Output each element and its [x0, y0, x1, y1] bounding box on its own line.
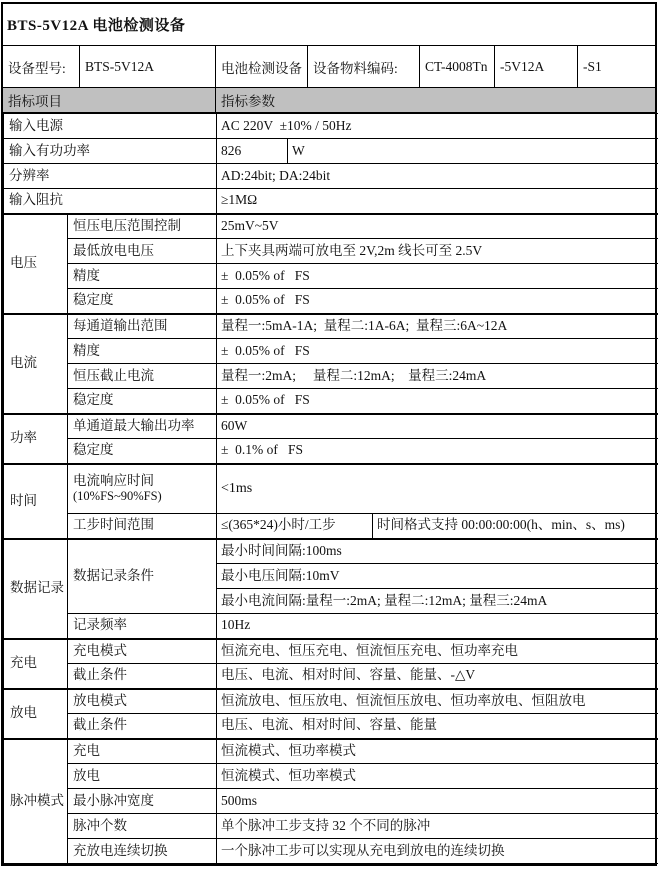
device-model-label: 设备型号:	[3, 46, 80, 87]
row-voltage-3: 精度 ± 0.05% of FS	[4, 264, 658, 289]
row-value: 一个脉冲工步可以实现从充电到放电的连续切换	[217, 839, 658, 864]
row-value: 上下夹具两端可放电至 2V,2m 线长可至 2.5V	[217, 239, 658, 264]
row-label: 记录频率	[68, 614, 217, 639]
record-condition-3: 最小电流间隔:量程一:2mA; 量程二:12mA; 量程三:24mA	[217, 589, 658, 614]
record-condition-2: 最小电压间隔:10mV	[217, 564, 658, 589]
row-label: 充放电连续切换	[68, 839, 217, 864]
row-label: 输入有功功率	[4, 139, 217, 164]
row-value: 恒流充电、恒压充电、恒流恒压充电、恒功率充电	[217, 639, 658, 664]
document-title: BTS-5V12A 电池检测设备	[3, 4, 655, 46]
row-value: ± 0.05% of FS	[217, 389, 658, 414]
row-input-power: 输入电源 AC 220V ±10% / 50Hz	[4, 114, 658, 139]
row-current-2: 精度 ± 0.05% of FS	[4, 339, 658, 364]
row-value: 10Hz	[217, 614, 658, 639]
response-time-label: 电流响应时间(10%FS~90%FS)	[68, 464, 217, 514]
row-value: ± 0.1% of FS	[217, 439, 658, 464]
row-value: 电压、电流、相对时间、容量、能量、-△V	[217, 664, 658, 689]
row-impedance: 输入阻抗 ≥1MΩ	[4, 189, 658, 214]
row-value: 量程一:5mA-1A; 量程二:1A-6A; 量程三:6A~12A	[217, 314, 658, 339]
response-time-value: <1ms	[217, 464, 658, 514]
material-code-part-3: -S1	[578, 46, 655, 87]
row-label: 输入电源	[4, 114, 217, 139]
group-current: 电流	[4, 314, 68, 414]
row-current-4: 稳定度 ± 0.05% of FS	[4, 389, 658, 414]
row-time-response: 时间 电流响应时间(10%FS~90%FS) <1ms	[4, 464, 658, 514]
row-label: 单通道最大输出功率	[68, 414, 217, 439]
record-condition-label: 数据记录条件	[68, 539, 217, 614]
row-pulse-count: 脉冲个数 单个脉冲工步支持 32 个不同的脉冲	[4, 814, 658, 839]
row-label: 输入阻抗	[4, 189, 217, 214]
row-label: 最低放电电压	[68, 239, 217, 264]
row-label: 充电	[68, 739, 217, 764]
row-label: 精度	[68, 339, 217, 364]
row-pulse-charge: 脉冲模式 充电 恒流模式、恒功率模式	[4, 739, 658, 764]
device-type: 电池检测设备	[216, 46, 308, 87]
row-charge-mode: 充电 充电模式 恒流充电、恒压充电、恒流恒压充电、恒功率充电	[4, 639, 658, 664]
row-discharge-cutoff: 截止条件 电压、电流、相对时间、容量、能量	[4, 714, 658, 739]
spec-sheet: BTS-5V12A 电池检测设备 设备型号: BTS-5V12A 电池检测设备 …	[1, 2, 657, 866]
row-value: AC 220V ±10% / 50Hz	[217, 114, 658, 139]
row-voltage-1: 电压 恒压电压范围控制 25mV~5V	[4, 214, 658, 239]
row-label: 截止条件	[68, 664, 217, 689]
group-data-record: 数据记录	[4, 539, 68, 639]
row-label: 工步时间范围	[68, 514, 217, 539]
row-current-1: 电流 每通道输出范围 量程一:5mA-1A; 量程二:1A-6A; 量程三:6A…	[4, 314, 658, 339]
row-value: ≥1MΩ	[217, 189, 658, 214]
row-value: 恒流模式、恒功率模式	[217, 739, 658, 764]
group-voltage: 电压	[4, 214, 68, 314]
row-value: 恒流模式、恒功率模式	[217, 764, 658, 789]
row-voltage-2: 最低放电电压 上下夹具两端可放电至 2V,2m 线长可至 2.5V	[4, 239, 658, 264]
device-model-value: BTS-5V12A	[80, 46, 216, 87]
header-item-col: 指标项目	[3, 88, 216, 112]
row-label: 放电模式	[68, 689, 217, 714]
row-pulse-width: 最小脉冲宽度 500ms	[4, 789, 658, 814]
row-value: 25mV~5V	[217, 214, 658, 239]
row-value: 量程一:2mA; 量程二:12mA; 量程三:24mA	[217, 364, 658, 389]
row-value: 60W	[217, 414, 658, 439]
row-value: 单个脉冲工步支持 32 个不同的脉冲	[217, 814, 658, 839]
record-condition-1: 最小时间间隔:100ms	[217, 539, 658, 564]
row-record-freq: 记录频率 10Hz	[4, 614, 658, 639]
row-active-power: 输入有功功率 826 W	[4, 139, 658, 164]
row-current-3: 恒压截止电流 量程一:2mA; 量程二:12mA; 量程三:24mA	[4, 364, 658, 389]
material-code-part-1: CT-4008Tn	[420, 46, 495, 87]
row-value: AD:24bit; DA:24bit	[217, 164, 658, 189]
row-label: 稳定度	[68, 389, 217, 414]
group-pulse-mode: 脉冲模式	[4, 739, 68, 864]
row-value: ± 0.05% of FS	[217, 289, 658, 314]
row-time-step: 工步时间范围 ≤(365*24)小时/工步 时间格式支持 00:00:00:00…	[4, 514, 658, 539]
row-record-1: 数据记录 数据记录条件 最小时间间隔:100ms	[4, 539, 658, 564]
row-power-2: 稳定度 ± 0.1% of FS	[4, 439, 658, 464]
spec-table: 输入电源 AC 220V ±10% / 50Hz 输入有功功率 826 W 分辨…	[3, 113, 658, 864]
device-info-row: 设备型号: BTS-5V12A 电池检测设备 设备物料编码: CT-4008Tn…	[3, 46, 655, 88]
active-power-unit: W	[288, 139, 658, 164]
row-value: ± 0.05% of FS	[217, 339, 658, 364]
row-discharge-mode: 放电 放电模式 恒流放电、恒压放电、恒流恒压放电、恒功率放电、恒阻放电	[4, 689, 658, 714]
active-power-value: 826	[217, 139, 288, 164]
row-label: 恒压截止电流	[68, 364, 217, 389]
row-value: 恒流放电、恒压放电、恒流恒压放电、恒功率放电、恒阻放电	[217, 689, 658, 714]
step-time-format: 时间格式支持 00:00:00:00(h、min、s、ms)	[373, 514, 658, 539]
row-pulse-discharge: 放电 恒流模式、恒功率模式	[4, 764, 658, 789]
group-discharge: 放电	[4, 689, 68, 739]
row-label: 每通道输出范围	[68, 314, 217, 339]
row-label: 放电	[68, 764, 217, 789]
group-power: 功率	[4, 414, 68, 464]
row-value: 500ms	[217, 789, 658, 814]
row-label: 恒压电压范围控制	[68, 214, 217, 239]
header-param-col: 指标参数	[216, 88, 655, 112]
material-code-label: 设备物料编码:	[308, 46, 420, 87]
row-label: 脉冲个数	[68, 814, 217, 839]
row-label: 稳定度	[68, 439, 217, 464]
row-label: 分辨率	[4, 164, 217, 189]
row-value: ± 0.05% of FS	[217, 264, 658, 289]
row-voltage-4: 稳定度 ± 0.05% of FS	[4, 289, 658, 314]
row-label: 截止条件	[68, 714, 217, 739]
group-time: 时间	[4, 464, 68, 539]
group-charge: 充电	[4, 639, 68, 689]
step-range-value: ≤(365*24)小时/工步	[217, 514, 373, 539]
row-value: 电压、电流、相对时间、容量、能量	[217, 714, 658, 739]
row-pulse-switch: 充放电连续切换 一个脉冲工步可以实现从充电到放电的连续切换	[4, 839, 658, 864]
row-label: 稳定度	[68, 289, 217, 314]
row-label: 充电模式	[68, 639, 217, 664]
column-header-row: 指标项目 指标参数	[3, 88, 655, 113]
row-label: 最小脉冲宽度	[68, 789, 217, 814]
material-code-part-2: -5V12A	[495, 46, 578, 87]
row-charge-cutoff: 截止条件 电压、电流、相对时间、容量、能量、-△V	[4, 664, 658, 689]
row-power-1: 功率 单通道最大输出功率 60W	[4, 414, 658, 439]
row-resolution: 分辨率 AD:24bit; DA:24bit	[4, 164, 658, 189]
row-label: 精度	[68, 264, 217, 289]
